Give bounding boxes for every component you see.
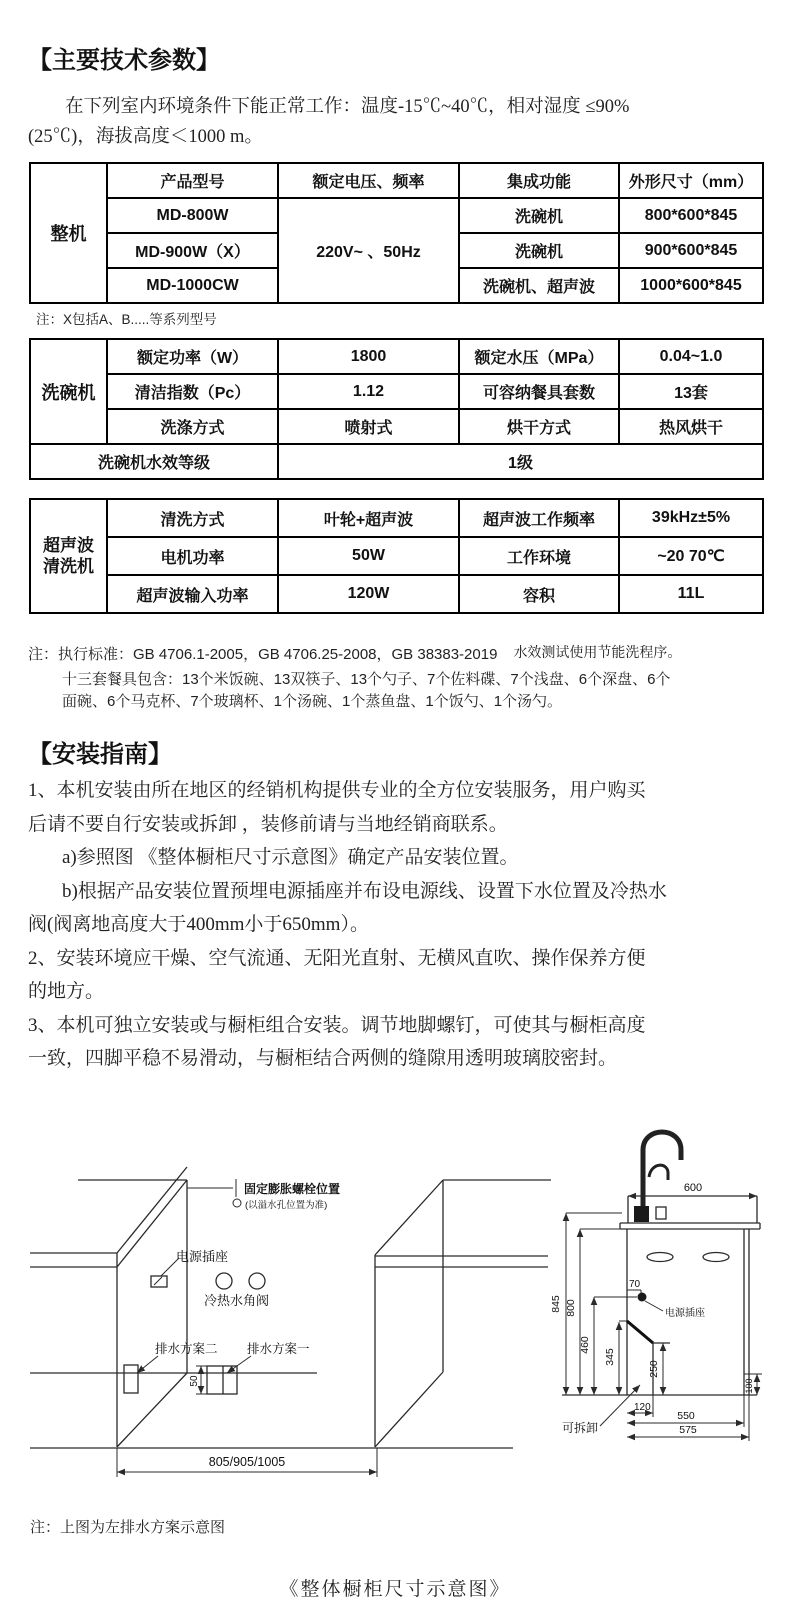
power-socket-right-label: 电源插座 [665, 1306, 705, 1319]
diagram-note: 注：上图为左排水方案示意图 [30, 1516, 225, 1537]
table-row: 超声波输入功率 120W 容积 11L [30, 575, 763, 613]
valve-circle-icon [216, 1273, 232, 1289]
cell-value: ~20 70℃ [619, 537, 763, 575]
overflow-hole-icon [233, 1199, 241, 1207]
cell-size: 1000*600*845 [619, 268, 763, 303]
cell-value: 热风烘干 [619, 409, 763, 444]
intro-line-1: 在下列室内环境条件下能正常工作：温度-15℃~40℃，相对湿度 ≤90% [28, 92, 770, 122]
note-standards-suffix: 水效测试使用节能洗程序。 [513, 644, 681, 660]
height-345-dim: 345 [604, 1348, 616, 1366]
valve-circle-icon [249, 1273, 265, 1289]
cell-function: 洗碗机 [459, 233, 619, 268]
table-ultrasonic: 超声波 清洗机 清洗方式 叶轮+超声波 超声波工作频率 39kHz±5% 电机功… [29, 498, 764, 614]
cell-value: 39kHz±5% [619, 499, 763, 537]
cell-voltage: 220V~ 、50Hz [278, 198, 459, 303]
depth-550-dim: 550 [677, 1410, 695, 1422]
removable-label: 可拆卸 [562, 1420, 598, 1435]
cell-model: MD-800W [107, 198, 278, 233]
cell-value: 120W [278, 575, 459, 613]
drain-offset-dim: 50 [189, 1375, 200, 1387]
cell-param: 超声波输入功率 [107, 575, 278, 613]
table-row: 洗涤方式 喷射式 烘干方式 热风烘干 [30, 409, 763, 444]
top-width-dimension: 600 [628, 1182, 757, 1196]
drain1-label: 排水方案一 [247, 1341, 310, 1356]
cell-param: 额定功率（W） [107, 339, 278, 374]
cell-value: 1800 [278, 339, 459, 374]
install-p1-line2: 后请不要自行安装或拆卸 ，装修前请与当地经销商联系。 [28, 808, 772, 842]
height-250-dim: 250 [648, 1360, 660, 1378]
col-header-size: 外形尺寸（mm） [619, 163, 763, 198]
gap-width-dimension: 805/905/1005 [117, 1448, 377, 1477]
cell-param: 超声波工作频率 [459, 499, 619, 537]
drain-plan-2: 排水方案二 [124, 1341, 218, 1393]
install-step-b-line2: 阀(阀离地高度大于400mm小于650mm）。 [28, 908, 772, 942]
table-row: 整机 产品型号 额定电压、频率 集成功能 外形尺寸（mm） [30, 163, 763, 198]
table-row: 洗碗机水效等级 1级 [30, 444, 763, 479]
table-row: 电机功率 50W 工作环境 ~20 70℃ [30, 537, 763, 575]
cell-param: 电机功率 [107, 537, 278, 575]
install-p2-line1: 2、安装环境应干燥、空气流通、无阳光直射、无横风直吹、操作保养方便 [28, 942, 772, 976]
diagram-caption: 《整体橱柜尺寸示意图》 [0, 1574, 790, 1601]
install-p3-line1: 3、本机可独立安装或与橱柜组合安装。调节地脚螺钉，可使其与橱柜高度 [28, 1009, 772, 1043]
left-cabinet-outline [30, 1167, 187, 1447]
install-p2-line2: 的地方。 [28, 975, 772, 1009]
note-cutlery-line1: 十三套餐具包含：13个米饭碗、13双筷子、13个勺子、7个佐料碟、7个浅盘、6个… [62, 668, 670, 689]
table-row: 超声波 清洗机 清洗方式 叶轮+超声波 超声波工作频率 39kHz±5% [30, 499, 763, 537]
bolt-position-label: 固定膨胀螺栓位置 [244, 1181, 340, 1196]
cell-size: 900*600*845 [619, 233, 763, 268]
note-cutlery-line2: 面碗、6个马克杯、7个玻璃杯、1个汤碗、1个蒸鱼盘、1个饭勺、1个汤勺。 [62, 690, 562, 711]
depth-120-dim: 120 [634, 1402, 651, 1413]
right-cabinet-outline [375, 1180, 551, 1447]
height-460-dim: 460 [579, 1336, 591, 1354]
install-step-a: a)参照图 《整体橱柜尺寸示意图》确定产品安装位置。 [28, 841, 772, 875]
cell-value: 13套 [619, 374, 763, 409]
wall-floor-lines [30, 1373, 513, 1448]
top-width-dim: 600 [684, 1182, 702, 1194]
vent-slot-icon [703, 1253, 729, 1262]
depth-575-dim: 575 [679, 1424, 697, 1436]
install-p3-line2: 一致，四脚平稳不易滑动，与橱柜结合两侧的缝隙用透明玻璃胶密封。 [28, 1042, 772, 1076]
cell-param: 额定水压（MPa） [459, 339, 619, 374]
bottom-dimensions: 120 550 575 100 [627, 1374, 762, 1441]
section-title-tech-params: 【主要技术参数】 [28, 40, 220, 75]
cell-value: 50W [278, 537, 459, 575]
cabinet-dimension-diagram: 固定膨胀螺栓位置 (以溢水孔位置为准) 电源插座 冷热水角阀 排水方案二 排水方… [0, 1080, 790, 1520]
intro-line-2: (25℃)，海拔高度＜1000 m。 [28, 122, 770, 152]
water-valves: 冷热水角阀 [204, 1273, 269, 1308]
drain2-label: 排水方案二 [155, 1341, 218, 1356]
row-label-ultrasonic: 超声波 清洗机 [30, 499, 107, 613]
faucet-base-icon [634, 1206, 649, 1222]
install-step-b-line1: b)根据产品安装位置预埋电源插座并布设电源线、设置下水位置及冷热水 [28, 875, 772, 909]
table-dishwasher: 洗碗机 额定功率（W） 1800 额定水压（MPa） 0.04~1.0 清洁指数… [29, 338, 764, 480]
gap-width-dim: 805/905/1005 [209, 1455, 286, 1469]
install-p1-line1: 1、本机安装由所在地区的经销机构提供专业的全方位安装服务，用户购买 [28, 774, 772, 808]
cell-water-efficiency-label: 洗碗机水效等级 [30, 444, 278, 479]
cell-param: 可容纳餐具套数 [459, 374, 619, 409]
cell-param: 工作环境 [459, 537, 619, 575]
drain2-box-icon [124, 1365, 138, 1393]
vertical-dimensions: 845 800 460 345 250 [550, 1213, 663, 1395]
table-whole-machine: 整机 产品型号 额定电压、频率 集成功能 外形尺寸（mm） MD-800W 22… [29, 162, 764, 304]
cell-model: MD-900W（X） [107, 233, 278, 268]
cell-value: 0.04~1.0 [619, 339, 763, 374]
socket-offset-dim: 70 [629, 1279, 641, 1290]
section-title-install-guide: 【安装指南】 [28, 734, 172, 769]
cell-function: 洗碗机、超声波 [459, 268, 619, 303]
faucet-hook-icon [649, 1165, 668, 1180]
note-standards-text: 注：执行标准：GB 4706.1-2005，GB 4706.25-2008，GB… [28, 646, 497, 663]
table-row: 洗碗机 额定功率（W） 1800 额定水压（MPa） 0.04~1.0 [30, 339, 763, 374]
power-socket-left-label: 电源插座 [176, 1249, 228, 1264]
cell-size: 800*600*845 [619, 198, 763, 233]
bolt-annotation: 固定膨胀螺栓位置 (以溢水孔位置为准) [187, 1179, 340, 1211]
socket-dot-icon [638, 1293, 647, 1302]
col-header-function: 集成功能 [459, 163, 619, 198]
sink-unit-outline [562, 1132, 760, 1395]
cell-param: 清洁指数（Pc） [107, 374, 278, 409]
sprayer-icon [656, 1207, 666, 1219]
table-row: 清洁指数（Pc） 1.12 可容纳餐具套数 13套 [30, 374, 763, 409]
height-845-dim: 845 [550, 1295, 562, 1313]
cell-param: 烘干方式 [459, 409, 619, 444]
cell-model: MD-1000CW [107, 268, 278, 303]
cell-water-efficiency-value: 1级 [278, 444, 763, 479]
socket-box-icon [151, 1276, 167, 1287]
power-socket-right: 70 电源插座 [594, 1279, 705, 1319]
height-800-dim: 800 [565, 1299, 577, 1317]
cell-value: 叶轮+超声波 [278, 499, 459, 537]
faucet-spout-icon [643, 1132, 681, 1210]
row-label-whole-machine: 整机 [30, 163, 107, 303]
cell-param: 洗涤方式 [107, 409, 278, 444]
cell-param: 容积 [459, 575, 619, 613]
col-header-model: 产品型号 [107, 163, 278, 198]
note-model-series: 注：X包括A、B.....等系列型号 [36, 308, 217, 328]
bolt-note-label: (以溢水孔位置为准) [245, 1199, 327, 1211]
cell-value: 喷射式 [278, 409, 459, 444]
vent-slot-icon [647, 1253, 673, 1262]
note-standards: 注：执行标准：GB 4706.1-2005，GB 4706.25-2008，GB… [28, 643, 681, 664]
col-header-voltage: 额定电压、频率 [278, 163, 459, 198]
manual-page: { "section1": { "title": "【主要技术参数】", "in… [0, 0, 790, 1617]
cell-value: 11L [619, 575, 763, 613]
row-label-dishwasher: 洗碗机 [30, 339, 107, 444]
cell-value: 1.12 [278, 374, 459, 409]
height-100-dim: 100 [744, 1378, 754, 1393]
drain1-box-icon [207, 1366, 237, 1394]
install-instructions: 1、本机安装由所在地区的经销机构提供专业的全方位安装服务，用户购买 后请不要自行… [28, 774, 772, 1076]
cell-param: 清洗方式 [107, 499, 278, 537]
cell-function: 洗碗机 [459, 198, 619, 233]
intro-paragraph: 在下列室内环境条件下能正常工作：温度-15℃~40℃，相对湿度 ≤90% (25… [28, 92, 770, 152]
table-row: MD-800W 220V~ 、50Hz 洗碗机 800*600*845 [30, 198, 763, 233]
removable-annotation: 可拆卸 [562, 1385, 640, 1435]
valve-label: 冷热水角阀 [204, 1293, 269, 1308]
